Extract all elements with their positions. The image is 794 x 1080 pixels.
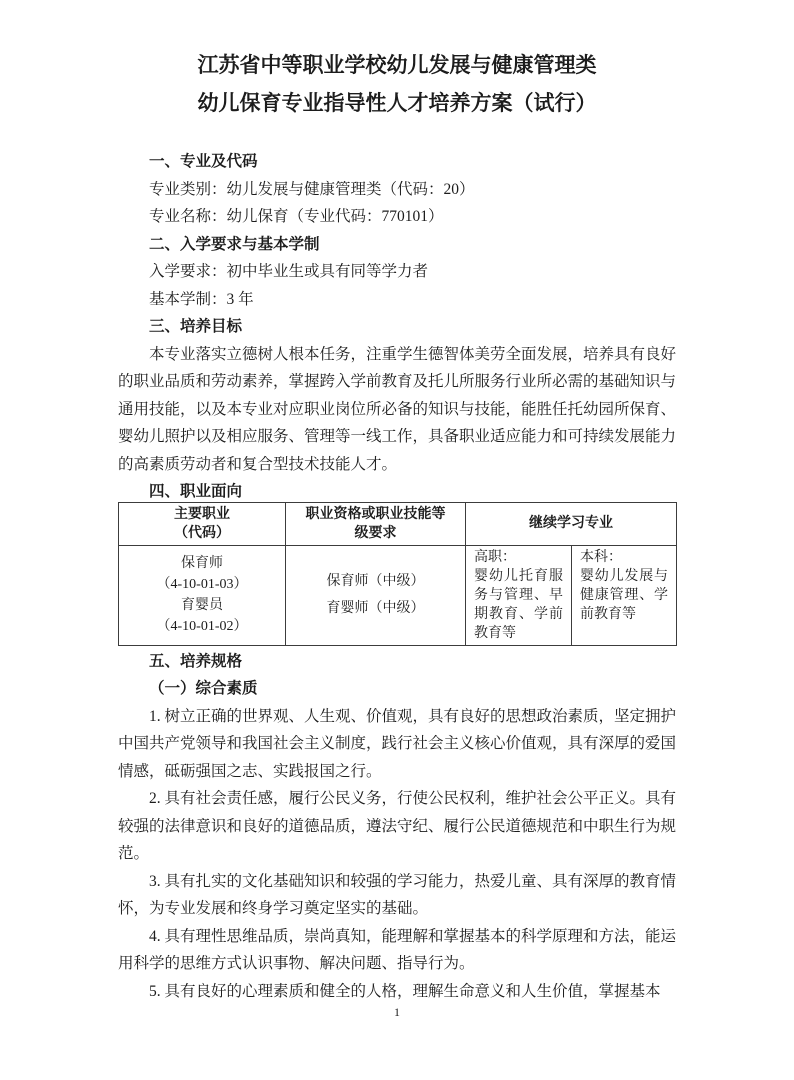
section3-objective-paragraph: 本专业落实立德树人根本任务，注重学生德智体美劳全面发展，培养具有良好的职业品质和…: [118, 341, 676, 479]
page-number: 1: [0, 1005, 794, 1020]
section2-admission-line: 入学要求：初中毕业生或具有同等学力者: [118, 258, 676, 286]
document-body: 一、专业及代码 专业类别：幼儿发展与健康管理类（代码：20） 专业名称：幼儿保育…: [118, 148, 676, 1005]
section1-category-line: 专业类别：幼儿发展与健康管理类（代码：20）: [118, 176, 676, 204]
table-cell-certificates: 保育师（中级） 育婴师（中级）: [286, 545, 466, 645]
table-header-row: 主要职业 （代码） 职业资格或职业技能等 级要求 继续学习专业: [119, 502, 677, 545]
section5-item-2: 2. 具有社会责任感，履行公民义务，行使公民权利，维护社会公平正义。具有较强的法…: [118, 785, 676, 868]
document-page: 江苏省中等职业学校幼儿发展与健康管理类 幼儿保育专业指导性人才培养方案（试行） …: [0, 0, 794, 1080]
table-data-row: 保育师 （4-10-01-03） 育婴员 （4-10-01-02） 保育师（中级…: [119, 545, 677, 645]
table-cell-bachelor: 本科： 婴幼儿发展与健康管理、学前教育等: [572, 545, 677, 645]
table-cell-occupations: 保育师 （4-10-01-03） 育婴员 （4-10-01-02）: [119, 545, 286, 645]
table-header-further-study: 继续学习专业: [466, 502, 677, 545]
table-header-main-occupation: 主要职业 （代码）: [119, 502, 286, 545]
section5-item-1: 1. 树立正确的世界观、人生观、价值观，具有良好的思想政治素质，坚定拥护中国共产…: [118, 703, 676, 786]
document-title: 江苏省中等职业学校幼儿发展与健康管理类 幼儿保育专业指导性人才培养方案（试行）: [118, 46, 676, 122]
section2-heading: 二、入学要求与基本学制: [118, 231, 676, 259]
section5-item-4: 4. 具有理性思维品质，崇尚真知，能理解和掌握基本的科学原理和方法，能运用科学的…: [118, 923, 676, 978]
title-line-2: 幼儿保育专业指导性人才培养方案（试行）: [118, 84, 676, 122]
section5-heading: 五、培养规格: [118, 648, 676, 676]
section1-major-name-line: 专业名称：幼儿保育（专业代码：770101）: [118, 203, 676, 231]
table-cell-higher-vocational: 高职： 婴幼儿托育服务与管理、早期教育、学前教育等: [466, 545, 572, 645]
section3-heading: 三、培养目标: [118, 313, 676, 341]
section5-subheading: （一）综合素质: [118, 675, 676, 703]
section5-item-5: 5. 具有良好的心理素质和健全的人格，理解生命意义和人生价值，掌握基本: [118, 978, 676, 1006]
section2-duration-line: 基本学制：3 年: [118, 286, 676, 314]
section1-heading: 一、专业及代码: [118, 148, 676, 176]
section5-item-3: 3. 具有扎实的文化基础知识和较强的学习能力，热爱儿童、具有深厚的教育情怀，为专…: [118, 868, 676, 923]
career-orientation-table: 主要职业 （代码） 职业资格或职业技能等 级要求 继续学习专业 保育师 （4-1…: [118, 502, 677, 646]
title-line-1: 江苏省中等职业学校幼儿发展与健康管理类: [118, 46, 676, 84]
table-header-qualification: 职业资格或职业技能等 级要求: [286, 502, 466, 545]
